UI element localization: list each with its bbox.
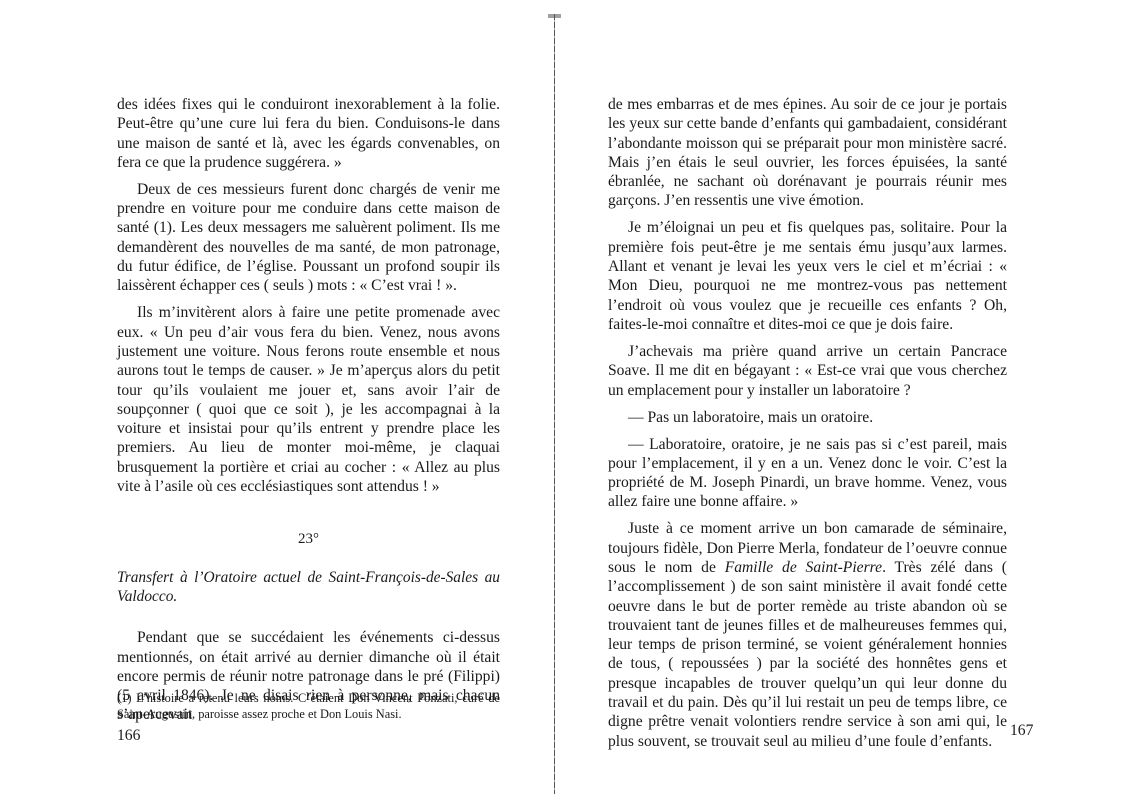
paragraph: Deux de ces messieurs furent donc chargé… — [117, 180, 500, 296]
right-page-body: de mes embarras et de mes épines. Au soi… — [608, 95, 1007, 759]
left-page: des idées fixes qui le conduiront inexor… — [0, 0, 555, 794]
italic-title: Famille de Saint-Pierre — [725, 559, 882, 576]
paragraph: Ils m’invitèrent alors à faire une petit… — [117, 303, 500, 496]
footnote: (1) L’histoire a retenu leurs noms. C’ét… — [117, 691, 500, 722]
page-number: 166 — [117, 727, 140, 745]
page-number: 167 — [1010, 722, 1033, 740]
right-page: de mes embarras et de mes épines. Au soi… — [556, 0, 1123, 794]
page-gutter-divider — [554, 14, 555, 794]
paragraph: de mes embarras et de mes épines. Au soi… — [608, 95, 1007, 211]
text-run: . Très zélé dans ( l’accomplissement ) d… — [608, 559, 1007, 750]
left-page-body: des idées fixes qui le conduiront inexor… — [117, 95, 500, 732]
paragraph: des idées fixes qui le conduiront inexor… — [117, 95, 500, 172]
paragraph: — Pas un laboratoire, mais un oratoire. — [608, 408, 1007, 427]
paragraph: — Laboratoire, oratoire, je ne sais pas … — [608, 435, 1007, 512]
chapter-number: 23° — [117, 530, 500, 549]
chapter-title: Transfert à l’Oratoire actuel de Saint-F… — [117, 568, 500, 607]
paragraph: Je m’éloignai un peu et fis quelques pas… — [608, 218, 1007, 334]
paragraph: J’achevais ma prière quand arrive un cer… — [608, 342, 1007, 400]
paragraph: Juste à ce moment arrive un bon camarade… — [608, 519, 1007, 751]
